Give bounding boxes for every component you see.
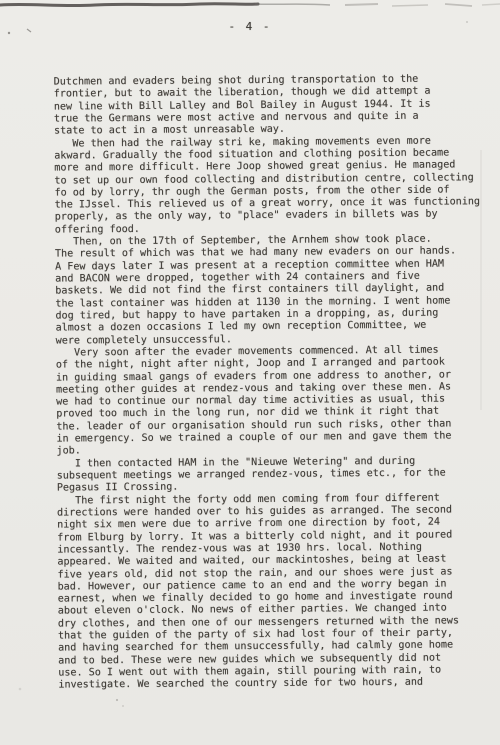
scanned-document-page: - 4 - Dutchmen and evaders being shot du… — [0, 0, 500, 745]
document-body-text: Dutchmen and evaders being shot during t… — [54, 73, 489, 692]
page-number: - 4 - — [0, 20, 500, 33]
